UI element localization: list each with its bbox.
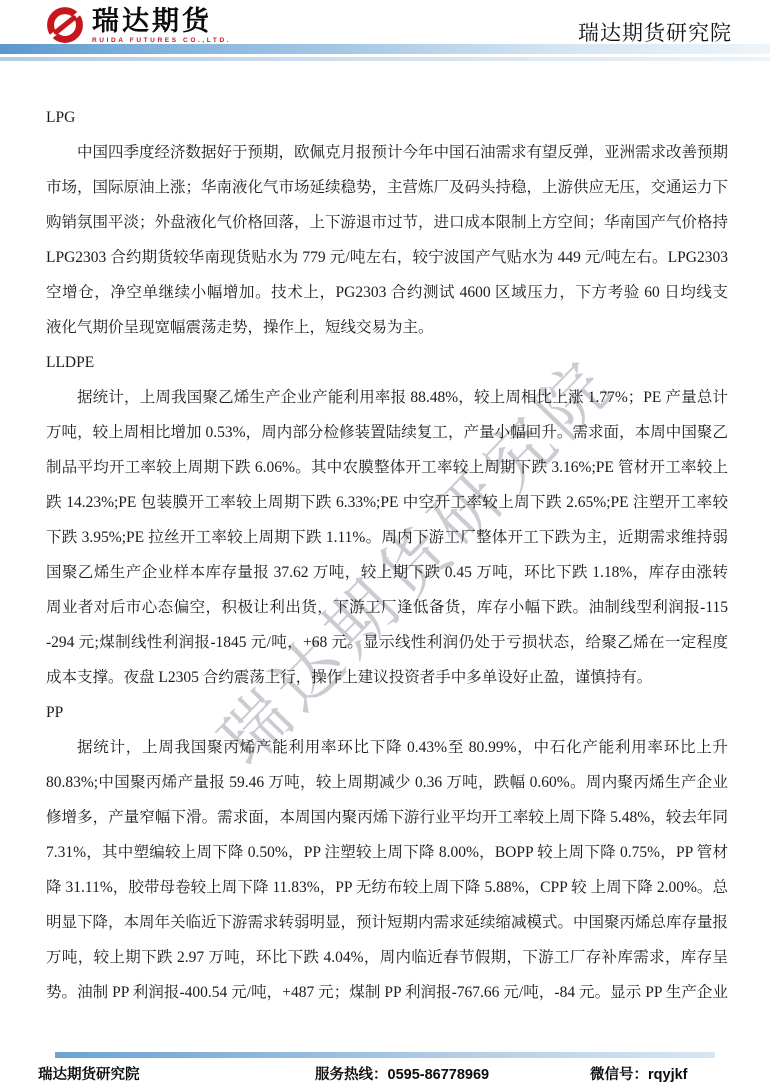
footer-hotline-number: 0595-86778969 — [388, 1067, 490, 1083]
section-lldpe: LLDPE据统计，上周我国聚乙烯生产企业产能利用率报 88.48%，较上周相比上… — [46, 345, 728, 695]
text-line: 成本支撑。夜盘 L2305 合约震荡上行，操作上建议投资者手中多单设好止盈，谨慎… — [46, 660, 728, 695]
text-line: 万吨，较上周相比增加 0.53%，周内部分检修装置陆续复工，产量小幅回升。需求面… — [46, 415, 728, 450]
footer-org-name: 瑞达期货研究院 — [38, 1063, 140, 1084]
header-divider-stripe — [0, 57, 770, 61]
section-heading: LLDPE — [46, 345, 728, 380]
text-line: 降 31.11%，胶带母卷较上周下降 11.83%，PP 无纺布较上周下降 5.… — [46, 870, 728, 905]
footer-wechat-value: rqyjkf — [648, 1067, 688, 1083]
section-paragraph: 据统计，上周我国聚丙烯产能利用率环比下降 0.43%至 80.99%，中石化产能… — [46, 730, 728, 1010]
section-heading: PP — [46, 695, 728, 730]
section-heading: LPG — [46, 100, 728, 135]
footer-hotline-label: 服务热线： — [315, 1067, 388, 1083]
footer-wechat-label: 微信号： — [590, 1067, 648, 1083]
text-line: 据统计，上周我国聚乙烯生产企业产能利用率报 88.48%，较上周相比上涨 1.7… — [46, 380, 728, 415]
text-line: 市场，国际原油上涨；华南液化气市场延续稳势，主营炼厂及码头持稳，上游供应无压，交… — [46, 170, 728, 205]
text-line: 明显下降，本周年关临近下游需求转弱明显，预计短期内需求延续缩减模式。中国聚丙烯总… — [46, 905, 728, 940]
page-footer: 瑞达期货研究院 服务热线：0595-86778969 微信号：rqyjkf — [0, 1063, 770, 1085]
page-title: 瑞达期货研究院 — [578, 17, 732, 47]
company-logo: 瑞达期货 RUIDA FUTURES CO.,LTD. — [44, 4, 231, 46]
text-line: LPG2303 合约期货较华南现货贴水为 779 元/吨左右，较宁波国产气贴水为… — [46, 240, 728, 275]
text-line: 万吨，较上期下跌 2.97 万吨，环比下跌 4.04%，周内临近春节假期，下游工… — [46, 940, 728, 975]
section-paragraph: 中国四季度经济数据好于预期，欧佩克月报预计今年中国石油需求有望反弹，亚洲需求改善… — [46, 135, 728, 345]
page-header: 瑞达期货 RUIDA FUTURES CO.,LTD. 瑞达期货研究院 — [0, 0, 770, 72]
text-line: 液化气期价呈现宽幅震荡走势，操作上，短线交易为主。 — [46, 310, 728, 345]
text-line: 国聚乙烯生产企业样本库存量报 37.62 万吨，较上期下跌 0.45 万吨，环比… — [46, 555, 728, 590]
section-paragraph: 据统计，上周我国聚乙烯生产企业产能利用率报 88.48%，较上周相比上涨 1.7… — [46, 380, 728, 695]
ruida-logo-icon — [44, 4, 86, 46]
text-line: 80.83%;中国聚丙烯产量报 59.46 万吨，较上周期减少 0.36 万吨，… — [46, 765, 728, 800]
text-line: 跌 14.23%;PE 包装膜开工率较上周期下跌 6.33%;PE 中空开工率较… — [46, 485, 728, 520]
text-line: 下跌 3.95%;PE 拉丝开工率较上周期下跌 1.11%。周内下游工厂整体开工… — [46, 520, 728, 555]
report-body: LPG中国四季度经济数据好于预期，欧佩克月报预计今年中国石油需求有望反弹，亚洲需… — [46, 100, 728, 1010]
footer-hotline: 服务热线：0595-86778969 — [315, 1063, 489, 1084]
logo-company-name: 瑞达期货 — [92, 7, 231, 35]
text-line: 中国四季度经济数据好于预期，欧佩克月报预计今年中国石油需求有望反弹，亚洲需求改善… — [46, 135, 728, 170]
text-line: 周业者对后市心态偏空，积极让利出货，下游工厂逢低备货，库存小幅下跌。油制线型利润… — [46, 590, 728, 625]
text-line: 7.31%，其中塑编较上周下降 0.50%，PP 注塑较上周下降 8.00%，B… — [46, 835, 728, 870]
text-line: 购销氛围平淡；外盘液化气价格回落，上下游退市过节，进口成本限制上方空间；华南国产… — [46, 205, 728, 240]
section-pp: PP据统计，上周我国聚丙烯产能利用率环比下降 0.43%至 80.99%，中石化… — [46, 695, 728, 1010]
footer-divider-bar — [55, 1052, 715, 1058]
logo-company-name-en: RUIDA FUTURES CO.,LTD. — [92, 37, 231, 44]
text-line: 空增仓，净空单继续小幅增加。技术上，PG2303 合约测试 4600 区域压力，… — [46, 275, 728, 310]
text-line: 据统计，上周我国聚丙烯产能利用率环比下降 0.43%至 80.99%，中石化产能… — [46, 730, 728, 765]
text-line: 制品平均开工率较上周期下跌 6.06%。其中农膜整体开工率较上周期下跌 3.16… — [46, 450, 728, 485]
footer-wechat: 微信号：rqyjkf — [590, 1063, 688, 1084]
text-line: 修增多，产量窄幅下滑。需求面，本周国内聚丙烯下游行业平均开工率较上周下降 5.4… — [46, 800, 728, 835]
text-line: -294 元;煤制线性利润报-1845 元/吨，+68 元。显示线性利润仍处于亏… — [46, 625, 728, 660]
text-line: 势。油制 PP 利润报-400.54 元/吨，+487 元；煤制 PP 利润报-… — [46, 975, 728, 1010]
header-divider-bar — [0, 44, 770, 54]
section-lpg: LPG中国四季度经济数据好于预期，欧佩克月报预计今年中国石油需求有望反弹，亚洲需… — [46, 100, 728, 345]
